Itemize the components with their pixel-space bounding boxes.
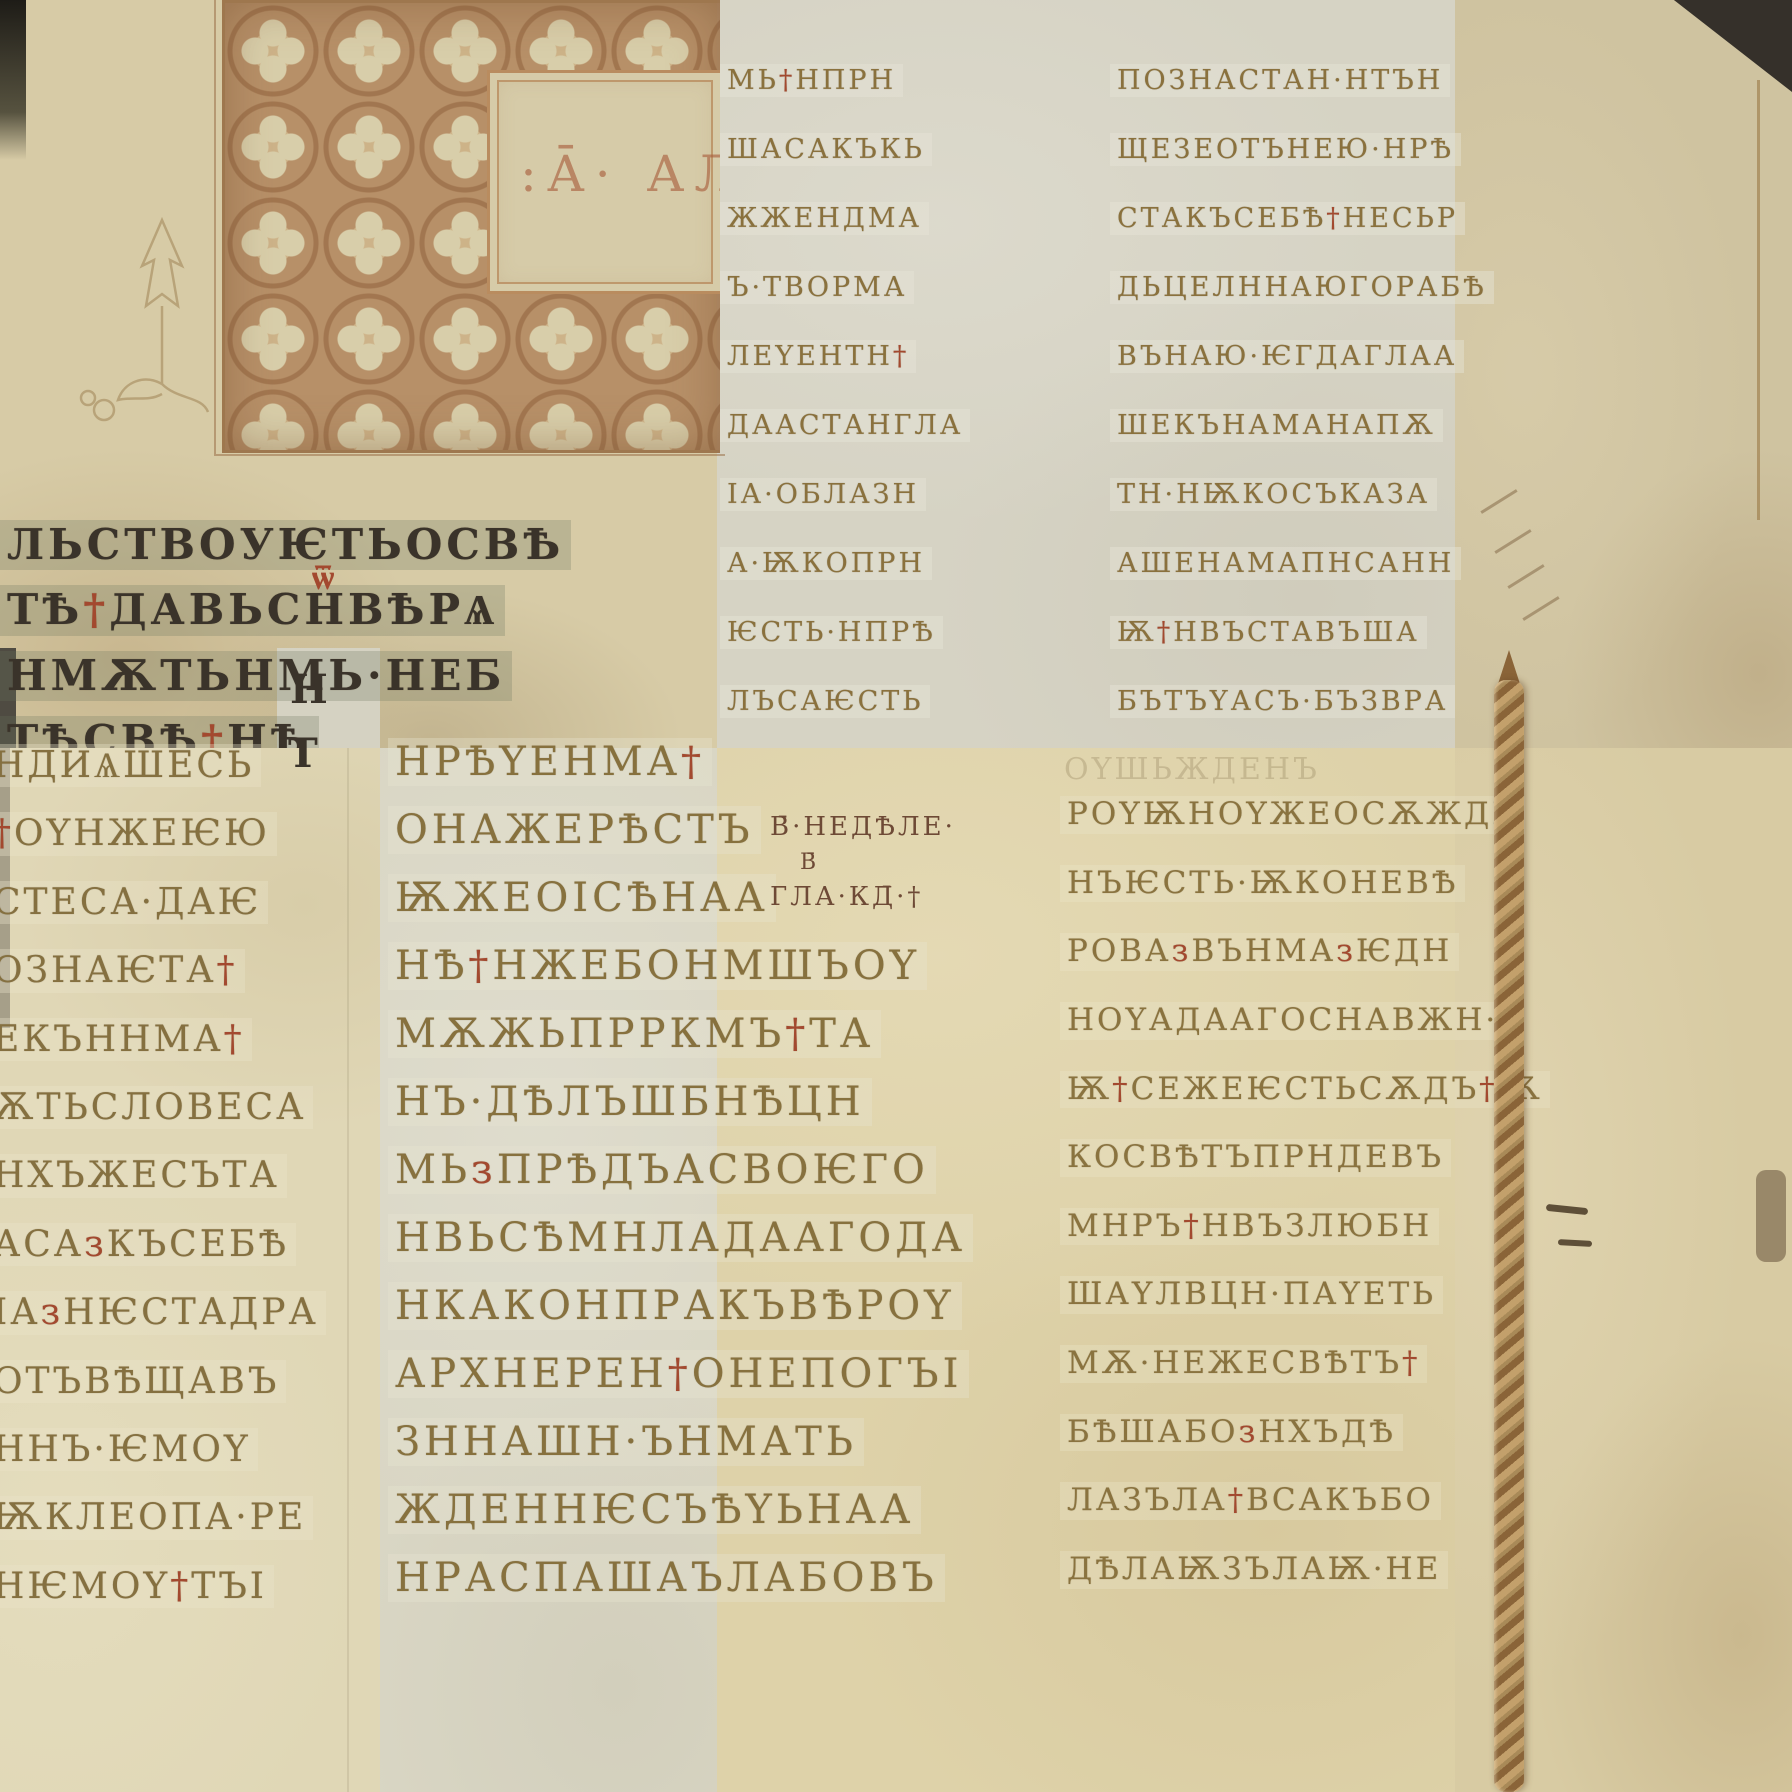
manuscript-line: ТѢ†ДАВЬСНВѢРѦ bbox=[0, 585, 505, 635]
manuscript-line: КОСВѢТЪПРНДЕВЪ bbox=[1060, 1139, 1451, 1177]
manuscript-line: ЕКЪННМА† bbox=[0, 1018, 252, 1061]
manuscript-line: НХЪЖЕСЪТА bbox=[0, 1154, 287, 1197]
manuscript-line: ВЪНАЮ·ѤГДАГЛАА bbox=[1110, 340, 1464, 373]
manuscript-line: АШЕНАМАПНСАНН bbox=[1110, 547, 1461, 580]
manuscript-line: БЪТЪYАСЪ·БЪЗВРА bbox=[1110, 685, 1455, 718]
manuscript-line: НДИѦШЕСЬ bbox=[0, 744, 261, 787]
text-column-bottom-right: РОYѬНОYЖЕОСѪЖДЕ НЪѤСТЬ·ѬКОНЕВѢ РОВАзВЪНМ… bbox=[1060, 796, 1550, 1620]
manuscript-line: ЖДЕННѤСЪѢYЬНАА bbox=[388, 1486, 921, 1534]
manuscript-line: НѤМОY†ТЪІ bbox=[0, 1565, 274, 1608]
manuscript-line: ТН·НѬКОСЪКАЗА bbox=[1110, 478, 1437, 511]
manuscript-line: ІАзНѤСТАДРА bbox=[0, 1291, 326, 1334]
manuscript-line: РОYѬНОYЖЕОСѪЖДЕ bbox=[1060, 796, 1525, 834]
manuscript-line: ДѢЛАѬЗЪЛАѬ·НЕ bbox=[1060, 1551, 1448, 1589]
manuscript-line: ШАYЛВЦН·ПАYЕТЬ bbox=[1060, 1276, 1443, 1314]
manuscript-line: ѪТЬСЛОВЕСА bbox=[0, 1086, 313, 1129]
manuscript-line: НРАСПАШАЪЛАБОВЪ bbox=[388, 1554, 945, 1602]
manuscript-line: НЪѤСТЬ·ѬКОНЕВѢ bbox=[1060, 865, 1465, 903]
seam-letter-fragment: Н bbox=[290, 666, 328, 713]
manuscript-line: ІА·ОБЛАЗН bbox=[720, 478, 926, 511]
cartouche-inscription: :А̄· АЛТ bbox=[520, 145, 720, 203]
manuscript-line: ОНАЖЕРѢСТЪ bbox=[388, 806, 761, 854]
column-ruling-line bbox=[347, 748, 349, 1792]
manuscript-line: НМѪТЬНМЬ·НЕБ bbox=[0, 651, 512, 701]
manuscript-line: АСАзКЪСЕБѢ bbox=[0, 1223, 296, 1266]
manuscript-line: А·ѬКОПРН bbox=[720, 547, 932, 580]
manuscript-line: МѪЖЬПРРКМЪ†ТА bbox=[388, 1010, 881, 1058]
manuscript-line: СТАКЪСЕБѢ†НЕСЬР bbox=[1110, 202, 1465, 235]
big-text-column: ЛЬСТВОУѤТЬОСВѢ ТѢ†ДАВЬСНВѢРѦ НМѪТЬНМЬ·НЕ… bbox=[0, 520, 571, 748]
manuscript-line: ПОЗНАСТАН·НТЪН bbox=[1110, 64, 1450, 97]
manuscript-line: ЗННАШН·ЪНМАТЬ bbox=[388, 1418, 864, 1466]
manuscript-line: МѪ·НЕЖЕСВѢТЪ† bbox=[1060, 1345, 1427, 1383]
manuscript-line: Ѭ†НВЪСТАВЪША bbox=[1110, 616, 1427, 649]
manuscript-line: ѤСТЬ·НПРѢ bbox=[720, 616, 943, 649]
manuscript-line: НКАКОНПРАКЪВѢРОY bbox=[388, 1282, 962, 1330]
headpiece-cartouche: :А̄· АЛТ bbox=[487, 70, 720, 294]
manuscript-line: ЩЕЗЕОТЪНЕЮ·НРѢ bbox=[1110, 133, 1461, 166]
manuscript-line: МЬ†НПРН bbox=[720, 64, 903, 97]
manuscript-line: ЛЕYЕНТН† bbox=[720, 340, 916, 373]
text-column-bottom-left: НДИѦШЕСЬ †ОYНЖЕѤЮ СТЕСА·ДАѤ ОЗНАѤТА† ЕКЪ… bbox=[0, 744, 326, 1633]
lection-note-chapter: ГЛА·КД̄·† bbox=[770, 882, 923, 912]
big-text-clip: ЛЬСТВОУѤТЬОСВѢ ТѢ†ДАВЬСНВѢРѦ НМѪТЬНМЬ·НЕ… bbox=[0, 520, 717, 748]
manuscript-page-photo: :А̄· АЛТ ЛЬСТВОУѤТЬОСВѢ ТѢ†ДАВЬСНВѢРѦ НМ… bbox=[0, 0, 1792, 1792]
manuscript-line: Ѭ†СЕЖЕѤСТЬСѪДЪ†Ѭ bbox=[1060, 1071, 1550, 1109]
manuscript-line: НВЬСѢМНЛАДААГОДА bbox=[388, 1214, 973, 1262]
lection-note-week: В̄·НЕДѢЛЕ· bbox=[770, 812, 956, 842]
manuscript-line: ОЗНАѤТА† bbox=[0, 949, 245, 992]
stain-blotch bbox=[1756, 1170, 1786, 1262]
marginal-sketch-icon bbox=[74, 214, 250, 434]
manuscript-line: Ъ·ТВОРМА bbox=[720, 271, 914, 304]
manuscript-line: ННЪ·ѤМОY bbox=[0, 1428, 258, 1471]
text-column-top-middle: МЬ†НПРН ШАСАКЪКЬ ЖЖЕНДМА Ъ·ТВОРМА ЛЕYЕНТ… bbox=[720, 64, 970, 754]
manuscript-line: НѢ†НЖЕБОНМШЪОY bbox=[388, 942, 927, 990]
manuscript-line: ЖЖЕНДМА bbox=[720, 202, 929, 235]
text-column-bottom-middle: НРѢYЕНМА† ОНАЖЕРѢСТЪ ѬЖЕОІСѢНАА НѢ†НЖЕБО… bbox=[388, 738, 973, 1622]
manuscript-line: НОYАДААГОСНАВЖН· bbox=[1060, 1002, 1505, 1040]
manuscript-line: ЛАЗЪЛА†ВСАКЪБО bbox=[1060, 1482, 1441, 1520]
page-edge-line bbox=[1757, 80, 1760, 520]
manuscript-line: НРѢYЕНМА† bbox=[388, 738, 712, 786]
manuscript-line: БѢШАБОзНХЪДѢ bbox=[1060, 1414, 1403, 1452]
manuscript-line: НЪ·ДѢЛЪШБНѢЦН bbox=[388, 1078, 872, 1126]
manuscript-line: ЛЪСАѤСТЬ bbox=[720, 685, 930, 718]
text-column-top-right: ПОЗНАСТАН·НТЪН ЩЕЗЕОТЪНЕЮ·НРѢ СТАКЪСЕБѢ†… bbox=[1110, 64, 1494, 754]
photo-edge-top-left bbox=[0, 0, 26, 160]
manuscript-line: ШЕКЪНАМАНАПѪ bbox=[1110, 409, 1443, 442]
manuscript-line: ЛЬСТВОУѤТЬОСВѢ bbox=[0, 520, 571, 570]
manuscript-line: СТЕСА·ДАѤ bbox=[0, 881, 268, 924]
manuscript-line: АРХНЕРЕН†ОНЕПОГЪІ bbox=[388, 1350, 969, 1398]
manuscript-line: РОВАзВЪНМАзѤДН bbox=[1060, 933, 1459, 971]
lection-note-letter: В̄ bbox=[800, 850, 819, 875]
manuscript-line: ѬЖЕОІСѢНАА bbox=[388, 874, 776, 922]
manuscript-line: МНРЪ†НВЪЗЛЮБН bbox=[1060, 1208, 1439, 1246]
folio-region-page-edge-top bbox=[1455, 0, 1792, 748]
manuscript-line: МЬзПРѢДЪАСВОѤГО bbox=[388, 1146, 936, 1194]
manuscript-line: ОТЪВѢЩАВЪ bbox=[0, 1360, 286, 1403]
manuscript-line: ДЬЦЕЛННАЮГОРАБѢ bbox=[1110, 271, 1494, 304]
rubric-superscript: ѿ bbox=[312, 556, 334, 598]
manuscript-line: †ОYНЖЕѤЮ bbox=[0, 812, 277, 855]
ghost-text-line: ОYШЬЖДЕНЪ bbox=[1064, 752, 1320, 787]
manuscript-line: ШАСАКЪКЬ bbox=[720, 133, 932, 166]
manuscript-line: ДААСТАНГЛА bbox=[720, 409, 970, 442]
manuscript-line: ѬКЛЕОПА·РЕ bbox=[0, 1496, 313, 1539]
binding-cord bbox=[1494, 680, 1524, 1792]
